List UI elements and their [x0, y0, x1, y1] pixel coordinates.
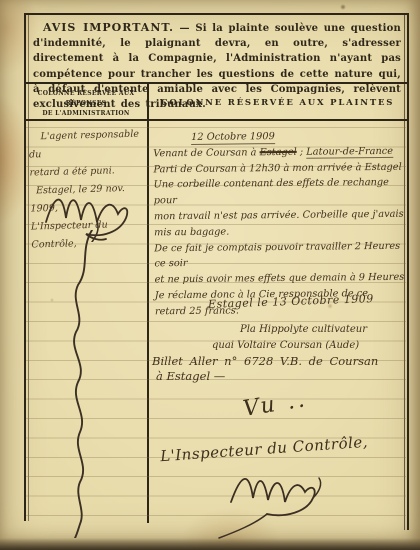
complaint-line: De ce fait je comptais pouvoir travaille… [154, 238, 410, 272]
header-bottom-border [25, 119, 409, 121]
origin-prefix: Venant de Coursan à [153, 147, 259, 159]
page-bottom-edge [0, 538, 420, 550]
admin-column-header-line1: COLONNE RÉSERVÉE AUX RÉPONSES [25, 89, 147, 109]
destination-text: Latour-de-France [306, 146, 393, 159]
notice-title: AVIS IMPORTANT. [43, 21, 174, 34]
complaint-line: mon travail n'est pas arrivée. Corbeille… [154, 207, 410, 225]
ticket-reference: Billet Aller n° 6728 V.B. de Coursan [152, 354, 410, 370]
admin-column-header: COLONNE RÉSERVÉE AUX RÉPONSES DE L'ADMIN… [25, 89, 147, 119]
cancellation-squiggle [62, 230, 102, 542]
table-top-border [25, 13, 409, 15]
complaint-text: 12 Octobre 1909 Venant de Coursan à Esta… [153, 128, 411, 320]
complaints-column-header: COLONNE RÉSERVÉE AUX PLAINTES [148, 98, 407, 108]
struck-word: Estagel [260, 147, 297, 158]
complainant-address: quai Voltaire Coursan (Aude) [212, 338, 410, 354]
admin-response-line: L'agent responsable du [28, 125, 147, 164]
complaint-line: Une corbeille contenant des effets de re… [154, 175, 410, 209]
complainant-name: Pla Hippolyte cultivateur [240, 322, 410, 338]
inspector-signature-flourish [213, 462, 343, 540]
admin-column-header-line2: DE L'ADMINISTRATION [25, 109, 147, 119]
ticket-reference-continued: à Estagel — [156, 369, 410, 385]
complaint-date-text: 12 Octobre 1909 [191, 131, 275, 145]
scanned-complaint-form: AVIS IMPORTANT. — Si la plainte soulève … [0, 0, 420, 550]
complaint-line: et ne puis avoir mes effets que demain à… [155, 270, 411, 288]
complainant-details: Pla Hippolyte cultivateur quai Voltaire … [152, 322, 410, 385]
origin-separator: ; [297, 147, 307, 158]
